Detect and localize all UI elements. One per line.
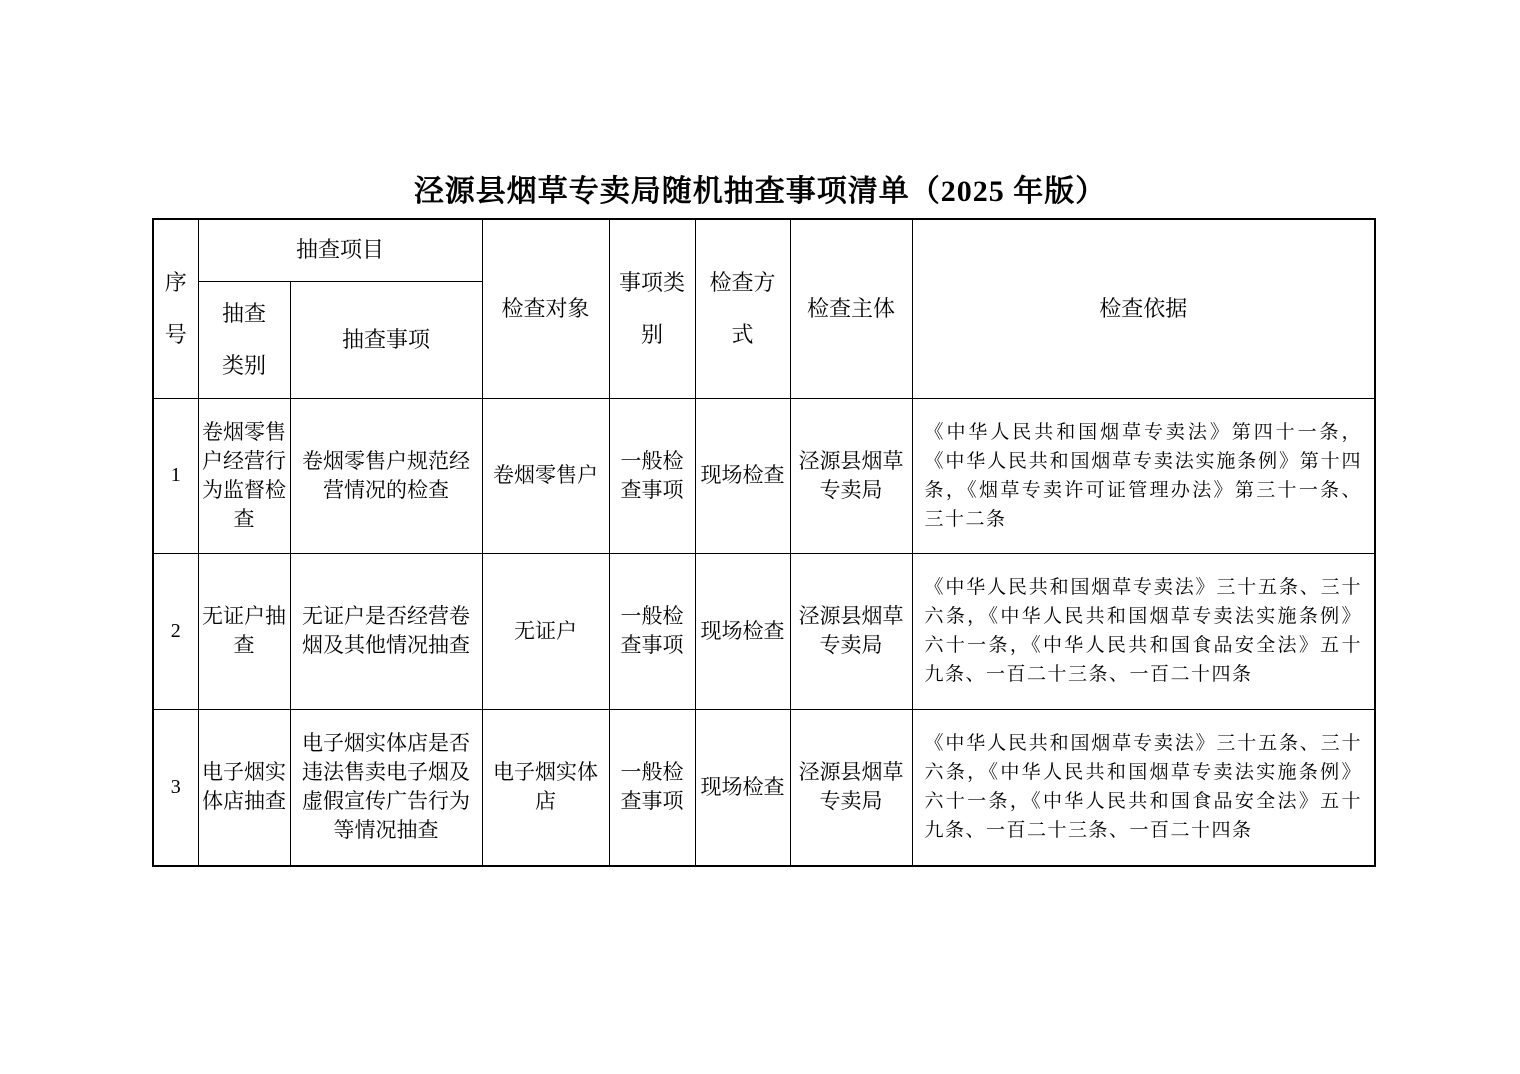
cell-inspection-method: 现场检查	[695, 709, 790, 866]
cell-inspection-basis: 《中华人民共和国烟草专卖法》三十五条、三十六条，《中华人民共和国烟草专卖法实施条…	[912, 553, 1375, 709]
cell-sampling-item: 电子烟实体店是否违法售卖电子烟及虚假宣传广告行为等情况抽查	[290, 709, 482, 866]
table-body: 1 卷烟零售户经营行为监督检查 卷烟零售户规范经营情况的检查 卷烟零售户 一般检…	[153, 398, 1375, 866]
cell-inspection-subject: 泾源县烟草专卖局	[790, 398, 912, 553]
cell-sampling-item: 卷烟零售户规范经营情况的检查	[290, 398, 482, 553]
header-inspection-object: 检查对象	[482, 219, 609, 398]
cell-inspection-subject: 泾源县烟草专卖局	[790, 553, 912, 709]
cell-sampling-item: 无证户是否经营卷烟及其他情况抽查	[290, 553, 482, 709]
cell-inspection-method: 现场检查	[695, 553, 790, 709]
page-title: 泾源县烟草专卖局随机抽查事项清单（2025 年版）	[0, 166, 1520, 210]
cell-inspection-basis: 《中华人民共和国烟草专卖法》第四十一条，《中华人民共和国烟草专卖法实施条例》第十…	[912, 398, 1375, 553]
table-row: 3 电子烟实体店抽查 电子烟实体店是否违法售卖电子烟及虚假宣传广告行为等情况抽查…	[153, 709, 1375, 866]
cell-item-category: 一般检查事项	[609, 553, 695, 709]
cell-inspection-subject: 泾源县烟草专卖局	[790, 709, 912, 866]
cell-item-category: 一般检查事项	[609, 709, 695, 866]
cell-serial-number: 1	[153, 398, 198, 553]
header-inspection-subject: 检查主体	[790, 219, 912, 398]
header-inspection-basis: 检查依据	[912, 219, 1375, 398]
header-item-category: 事项类别	[609, 219, 695, 398]
cell-inspection-object: 卷烟零售户	[482, 398, 609, 553]
header-inspection-method: 检查方式	[695, 219, 790, 398]
cell-sampling-category: 卷烟零售户经营行为监督检查	[198, 398, 290, 553]
table-header: 序号 抽查项目 检查对象 事项类别 检查方式 检查主体 检查依据 抽查类别 抽查…	[153, 219, 1375, 398]
header-sampling-category: 抽查类别	[198, 281, 290, 398]
table-row: 2 无证户抽查 无证户是否经营卷烟及其他情况抽查 无证户 一般检查事项 现场检查…	[153, 553, 1375, 709]
cell-serial-number: 3	[153, 709, 198, 866]
cell-inspection-object: 无证户	[482, 553, 609, 709]
document-page: 泾源县烟草专卖局随机抽查事项清单（2025 年版） 序号 抽查项目 检查对象 事…	[0, 0, 1520, 1074]
cell-inspection-basis: 《中华人民共和国烟草专卖法》三十五条、三十六条，《中华人民共和国烟草专卖法实施条…	[912, 709, 1375, 866]
cell-inspection-method: 现场检查	[695, 398, 790, 553]
cell-item-category: 一般检查事项	[609, 398, 695, 553]
header-sampling-item: 抽查事项	[290, 281, 482, 398]
inspection-items-table: 序号 抽查项目 检查对象 事项类别 检查方式 检查主体 检查依据 抽查类别 抽查…	[152, 218, 1376, 867]
header-serial-number: 序号	[153, 219, 198, 398]
cell-serial-number: 2	[153, 553, 198, 709]
header-sampling-project: 抽查项目	[198, 219, 482, 281]
cell-sampling-category: 无证户抽查	[198, 553, 290, 709]
table-row: 1 卷烟零售户经营行为监督检查 卷烟零售户规范经营情况的检查 卷烟零售户 一般检…	[153, 398, 1375, 553]
cell-sampling-category: 电子烟实体店抽查	[198, 709, 290, 866]
cell-inspection-object: 电子烟实体店	[482, 709, 609, 866]
